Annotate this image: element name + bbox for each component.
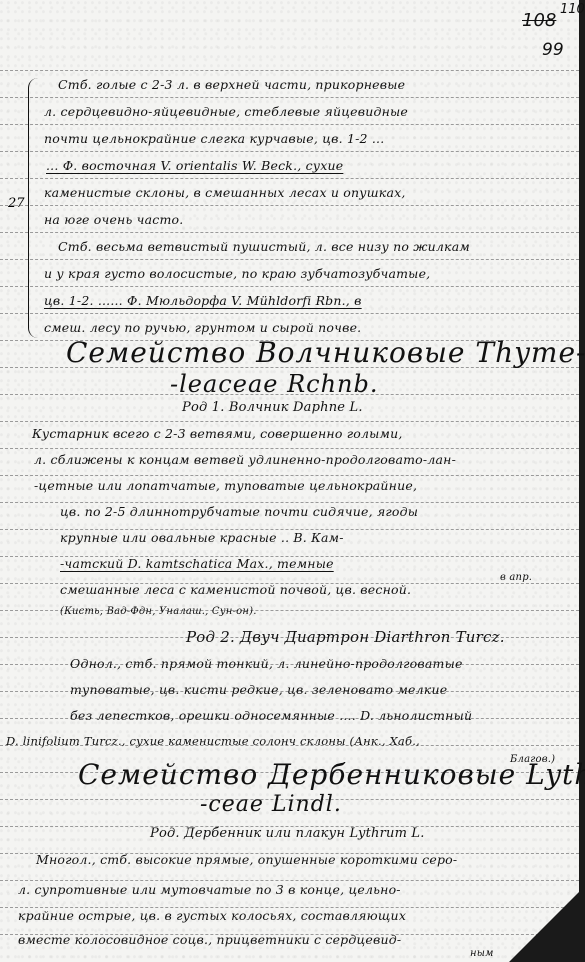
genus-heading: Род. Дербенник или плакун Lythrum L. <box>150 826 425 841</box>
superscript-note: в апр. <box>500 572 532 583</box>
genus-heading: Род 1. Волчник Daphne L. <box>182 400 363 415</box>
text-line: вместе колосовидное соцв., прицветники с… <box>18 932 401 947</box>
text-line: л. сближены к концам ветвей удлиненно-пр… <box>34 452 456 467</box>
ruled-line <box>0 259 579 260</box>
ruled-line <box>0 151 579 152</box>
ruled-line <box>0 70 579 71</box>
page-corner-fold <box>509 892 579 962</box>
text-line: на юге очень часто. <box>44 212 183 227</box>
ruled-line <box>0 448 579 449</box>
page-number-crossed: 108 <box>522 10 556 31</box>
text-line: цв. по 2-5 длиннотрубчатые почти сидячие… <box>60 504 418 519</box>
bracket-brace <box>28 78 41 338</box>
species-line: -чатский D. kamtschatica Max., темные <box>60 556 334 571</box>
ruled-line <box>0 286 579 287</box>
text-line: Многол., стб. высокие прямые, опушенные … <box>36 852 457 867</box>
ruled-line <box>0 97 579 98</box>
text-line: Стб. голые с 2-3 л. в верхней части, при… <box>58 77 405 92</box>
text-line: -цетные или лопатчатые, туповатые цельно… <box>34 478 417 493</box>
text-line: туповатые, цв. кисти редкие, цв. зеленов… <box>70 682 447 697</box>
text-line: Кустарник всего с 2-3 ветвями, совершенн… <box>32 426 403 441</box>
species-line: D. linifolium Turcz., сухие каменистые с… <box>6 734 420 748</box>
ruled-line <box>0 124 579 125</box>
manuscript-page: 108 110 99 27 Стб. голые с 2-3 л. в верх… <box>0 0 585 962</box>
text-line: почти цельнокрайние слегка курчавые, цв.… <box>44 131 384 146</box>
page-number-archive: 99 <box>542 40 564 60</box>
text-line: л. сердцевидно-яйцевидные, стеблевые яйц… <box>44 104 408 119</box>
species-line: ... Ф. восточная V. orientalis W. Beck.,… <box>46 158 343 173</box>
ruled-line <box>0 178 579 179</box>
ruled-line <box>0 205 579 206</box>
scan-edge <box>579 0 585 962</box>
text-line: крупные или овальные красные .. В. Кам- <box>60 530 344 545</box>
page-number-current: 110 <box>560 2 585 17</box>
text-line: ным <box>470 948 494 959</box>
ruled-line <box>0 475 579 476</box>
text-line: л. супротивные или мутовчатые по 3 в кон… <box>18 882 401 897</box>
text-line: каменистые склоны, в смешанных лесах и о… <box>44 185 406 200</box>
ruled-line <box>0 421 579 422</box>
text-line: смеш. лесу по ручью, грунтом и сырой поч… <box>44 320 361 335</box>
ruled-line <box>0 880 579 881</box>
ruled-line <box>0 502 579 503</box>
ruled-line <box>0 313 579 314</box>
family-heading-cont: -ceae Lindl. <box>200 792 342 817</box>
text-line: крайние острые, цв. в густых колосьях, с… <box>18 908 406 923</box>
family-heading: Семейство Волчниковые Thyme- <box>66 336 585 369</box>
text-line: Стб. весьма ветвистый пушистый, л. все н… <box>58 239 470 254</box>
text-line: Однол., стб. прямой тонкий, л. линейно-п… <box>70 656 463 671</box>
species-line: цв. 1-2. ...... Ф. Мюльдорфа V. Mühldorf… <box>44 293 362 308</box>
text-line: и у края густо волосистые, по краю зубча… <box>44 266 430 281</box>
distribution-note: (Кисть, Вад-Фдн, Уналаш., Сун-он). <box>60 606 257 617</box>
family-heading-cont: -leaceae Rchnb. <box>170 370 379 398</box>
family-heading: Семейство Дербенниковые Lythra- <box>78 758 585 791</box>
ruled-line <box>0 232 579 233</box>
text-line: смешанные леса с каменистой почвой, цв. … <box>60 582 411 597</box>
margin-number: 27 <box>8 196 25 211</box>
text-line: без лепестков, орешки односемянные .... … <box>70 708 472 723</box>
genus-heading: Род 2. Двуч Диартрон Diarthron Turcz. <box>186 628 505 646</box>
